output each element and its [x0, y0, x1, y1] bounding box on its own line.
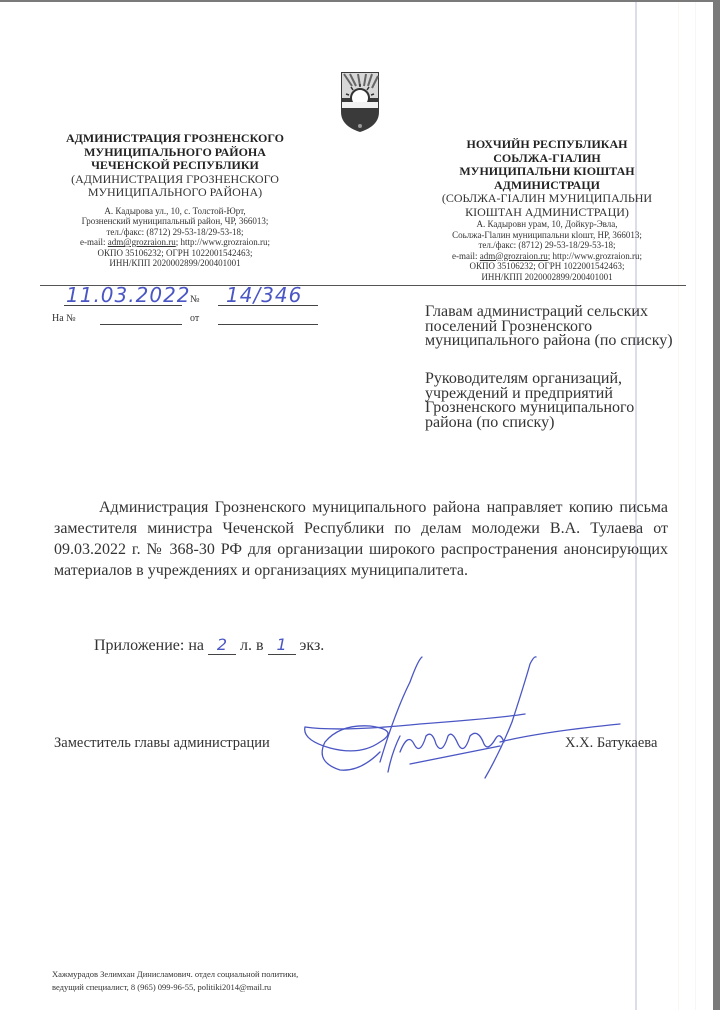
sender-header-russian: АДМИНИСТРАЦИЯ ГРОЗНЕНСКОГО МУНИЦИПАЛЬНОГ…	[50, 132, 300, 269]
contact-line: e-mail: adm@grozraion.ru; http://www.gro…	[412, 251, 682, 262]
org-name-line: МУНИЦИПАЛЬНОГО РАЙОНА	[50, 146, 300, 160]
coat-of-arms-icon	[338, 68, 382, 134]
executor-contact-line: ведущий специалист, 8 (965) 099-96-55, p…	[52, 981, 298, 994]
org-short-name-line: (СОЬЛЖА-ГIАЛИН МУНИЦИПАЛЬНИ	[412, 192, 682, 206]
appendix-middle: л. в	[240, 637, 264, 654]
signatory-title: Заместитель главы администрации	[54, 735, 270, 752]
inn-line: ИНН/КПП 2020002899/200401001	[50, 258, 300, 269]
signatory-name: Х.Х. Батукаева	[565, 735, 657, 752]
addressee-block: Главам администраций сельских поселений …	[425, 305, 685, 349]
handwritten-number: 14/346	[226, 283, 302, 307]
appendix-prefix: Приложение: на	[94, 637, 204, 654]
email-label: e-mail:	[452, 251, 480, 261]
letter-body: Администрация Грозненского муниципальног…	[54, 497, 668, 581]
org-name-line: АДМИНИСТРАЦИЯ ГРОЗНЕНСКОГО	[50, 132, 300, 146]
email-link[interactable]: adm@grozraion.ru	[108, 237, 176, 247]
address-line: Соьлжа-Гlалин муниципальни кlошт, НР, 36…	[412, 230, 682, 241]
appendix-pages-count: 2	[208, 635, 236, 655]
contact-line: e-mail: adm@grozraion.ru; http://www.gro…	[50, 237, 300, 248]
ref-number-label: На №	[52, 313, 76, 324]
executor-line: Хажмурадов Зелимхан Динисламович. отдел …	[52, 968, 298, 981]
org-name-line: АДМИНИСТРАЦИ	[412, 179, 682, 193]
org-short-name-line: КIОШТАН АДМИНИСТРАЦИ)	[412, 206, 682, 220]
org-name-line: МУНИЦИПАЛЬНИ КIОШТАН	[412, 165, 682, 179]
address-line: А. Кадырова ул., 10, с. Толстой-Юрт,	[50, 206, 300, 217]
phone-line: тел./факс: (8712) 29-53-18/29-53-18;	[50, 227, 300, 238]
sender-header-chechen: НОХЧИЙН РЕСПУБЛИКАН СОЬЛЖА-ГIАЛИН МУНИЦИ…	[412, 138, 682, 282]
ref-number-blank	[100, 324, 182, 325]
appendix-copies-count: 1	[268, 635, 296, 655]
number-underline	[218, 305, 318, 306]
org-name-line: НОХЧИЙН РЕСПУБЛИКАН	[412, 138, 682, 152]
address-line: Грозненский муниципальный район, ЧР, 366…	[50, 216, 300, 227]
handwritten-signature	[300, 652, 660, 792]
date-underline	[64, 305, 182, 306]
ref-date-label: от	[190, 313, 199, 324]
address-line: А. Кадыровн урам, 10, Дойкур-Эвла,	[412, 219, 682, 230]
okpo-line: ОКПО 35106232; ОГРН 1022001542463;	[412, 261, 682, 272]
org-short-name-line: (АДМИНИСТРАЦИЯ ГРОЗНЕНСКОГО	[50, 173, 300, 187]
website-text: ; http://www.grozraion.ru;	[548, 251, 642, 261]
addressee-block: Руководителям организаций, учреждений и …	[425, 372, 685, 430]
executor-info: Хажмурадов Зелимхан Динисламович. отдел …	[52, 968, 298, 994]
number-label: №	[190, 294, 200, 305]
phone-line: тел./факс: (8712) 29-53-18/29-53-18;	[412, 240, 682, 251]
org-name-line: СОЬЛЖА-ГIАЛИН	[412, 152, 682, 166]
email-link[interactable]: adm@grozraion.ru	[480, 251, 548, 261]
ref-date-blank	[218, 324, 318, 325]
handwritten-date: 11.03.2022	[66, 283, 191, 307]
okpo-line: ОКПО 35106232; ОГРН 1022001542463;	[50, 248, 300, 259]
document-page: АДМИНИСТРАЦИЯ ГРОЗНЕНСКОГО МУНИЦИПАЛЬНОГ…	[0, 2, 713, 1010]
scan-artifact-line	[695, 2, 696, 1010]
website-text: ; http://www.grozraion.ru;	[176, 237, 270, 247]
email-label: e-mail:	[80, 237, 108, 247]
org-name-line: ЧЕЧЕНСКОЙ РЕСПУБЛИКИ	[50, 159, 300, 173]
appendix-line: Приложение: на 2 л. в 1 экз.	[94, 635, 324, 655]
inn-line: ИНН/КПП 2020002899/200401001	[412, 272, 682, 283]
org-short-name-line: МУНИЦИПАЛЬНОГО РАЙОНА)	[50, 186, 300, 200]
